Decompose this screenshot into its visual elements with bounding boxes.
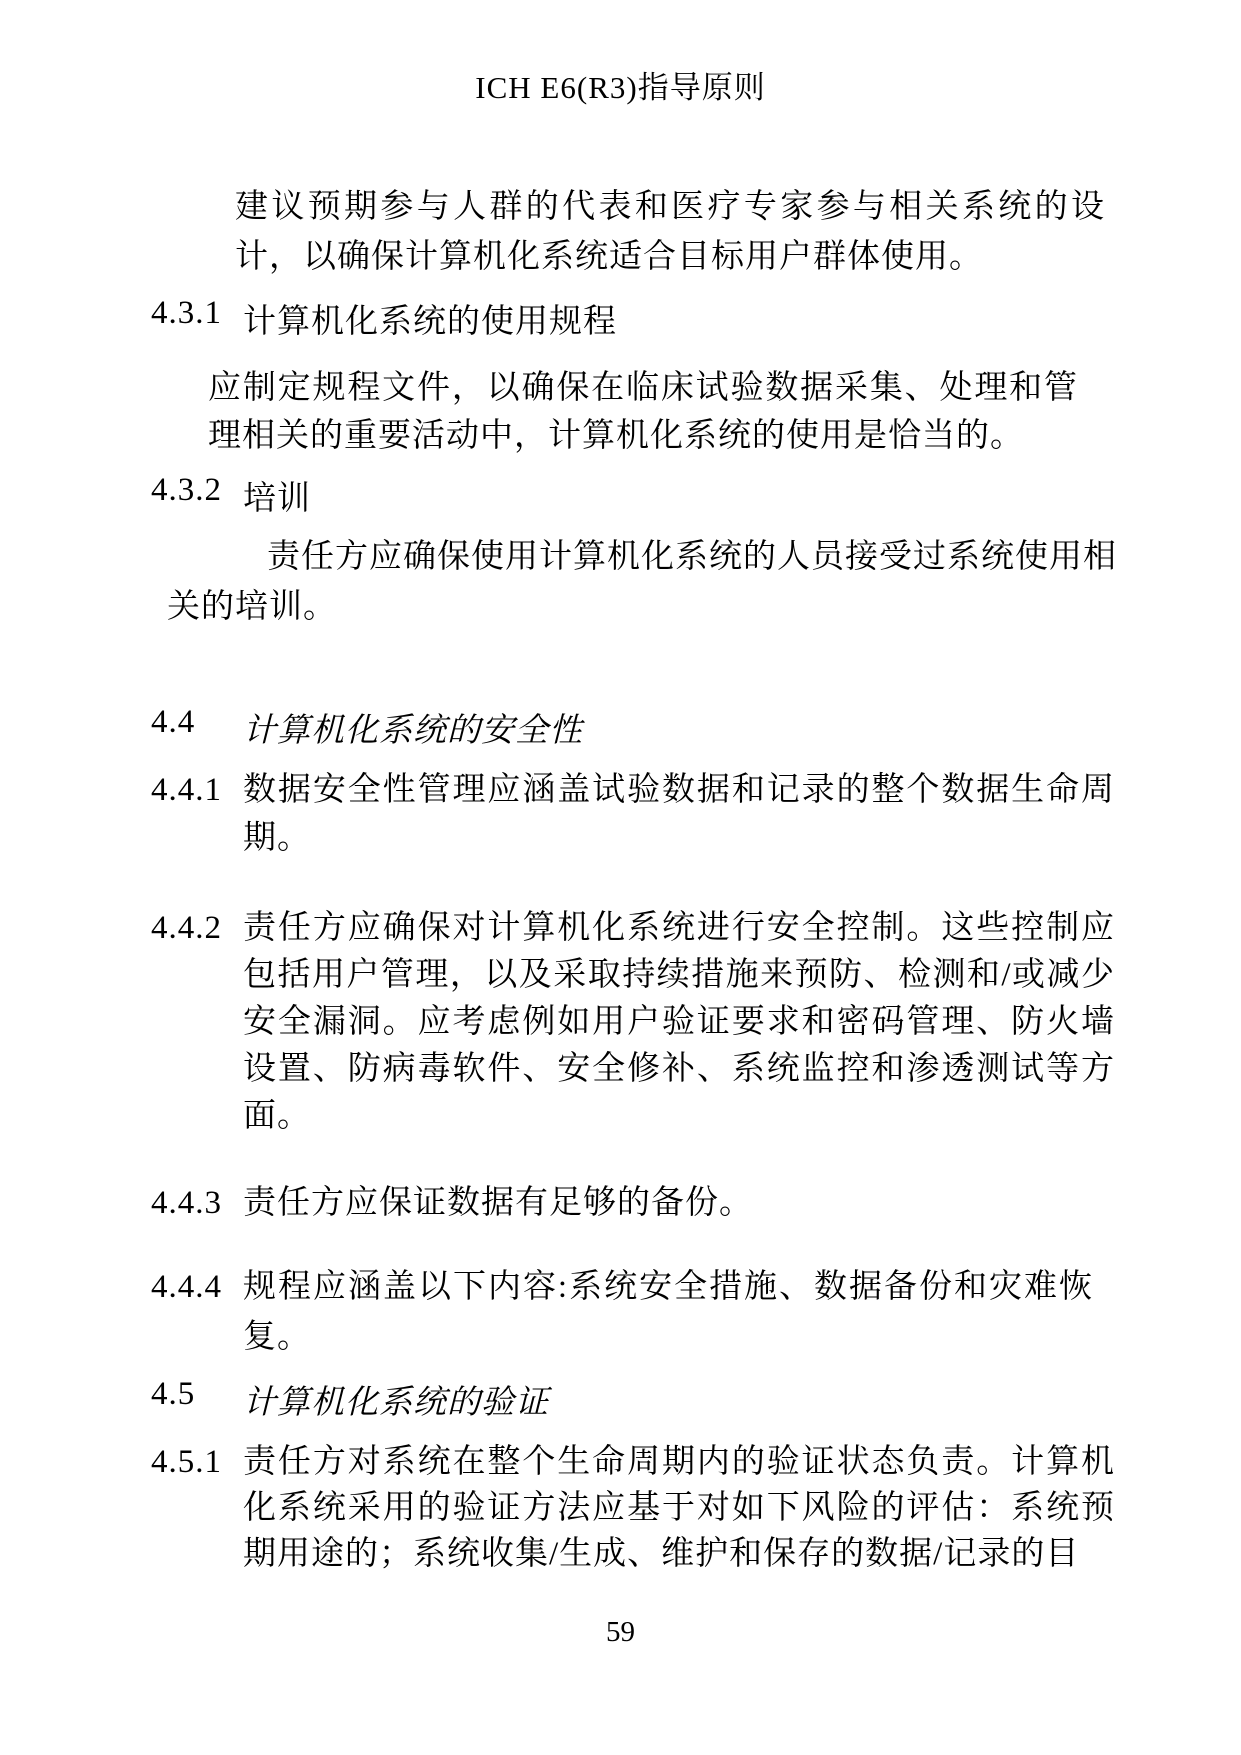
clause-4-4-2: 4.4.2 责任方应确保对计算机化系统进行安全控制。这些控制应包括用户管理，以及… <box>151 905 1115 1140</box>
section-number: 4.5 <box>151 1376 243 1413</box>
section-heading-4-3-1: 4.3.1计算机化系统的使用规程 <box>151 295 617 342</box>
section-title: 培训 <box>243 481 311 517</box>
page-number: 59 <box>0 1616 1241 1649</box>
document-page: ICH E6(R3)指导原则 建议预期参与人群的代表和医疗专家参与相关系统的设计… <box>0 0 1241 1755</box>
section-title: 计算机化系统的使用规程 <box>243 304 617 340</box>
section-number: 4.4 <box>151 704 243 741</box>
section-number: 4.3.2 <box>151 472 243 509</box>
clause-text: 责任方应确保对计算机化系统进行安全控制。这些控制应包括用户管理，以及采取持续措施… <box>243 905 1115 1140</box>
clause-text: 数据安全性管理应涵盖试验数据和记录的整个数据生命周期。 <box>243 766 1115 862</box>
clause-number: 4.4.2 <box>151 905 222 952</box>
clause-text: 责任方应保证数据有足够的备份。 <box>243 1179 1115 1227</box>
clause-number: 4.4.4 <box>151 1262 222 1312</box>
paragraph-4-3-2: 责任方应确保使用计算机化系统的人员接受过系统使用相关的培训。 <box>167 532 1117 632</box>
clause-4-4-1: 4.4.1 数据安全性管理应涵盖试验数据和记录的整个数据生命周期。 <box>151 766 1115 862</box>
section-heading-4-5: 4.5计算机化系统的验证 <box>151 1376 549 1423</box>
clause-4-4-4: 4.4.4 规程应涵盖以下内容:系统安全措施、数据备份和灾难恢复。 <box>151 1262 1093 1362</box>
intro-paragraph: 建议预期参与人群的代表和医疗专家参与相关系统的设计，以确保计算机化系统适合目标用… <box>235 182 1105 282</box>
running-header: ICH E6(R3)指导原则 <box>0 62 1241 107</box>
clause-number: 4.4.3 <box>151 1179 222 1227</box>
clause-number: 4.4.1 <box>151 766 222 814</box>
paragraph-4-3-1: 应制定规程文件，以确保在临床试验数据采集、处理和管理相关的重要活动中，计算机化系… <box>208 364 1078 460</box>
section-heading-4-3-2: 4.3.2培训 <box>151 472 311 519</box>
section-title: 计算机化系统的验证 <box>243 1385 549 1421</box>
clause-text: 责任方对系统在整个生命周期内的验证状态负责。计算机化系统采用的验证方法应基于对如… <box>243 1439 1115 1577</box>
clause-text: 规程应涵盖以下内容:系统安全措施、数据备份和灾难恢复。 <box>243 1262 1093 1362</box>
clause-4-4-3: 4.4.3 责任方应保证数据有足够的备份。 <box>151 1179 1115 1227</box>
clause-number: 4.5.1 <box>151 1439 222 1485</box>
section-title: 计算机化系统的安全性 <box>243 713 583 749</box>
section-heading-4-4: 4.4计算机化系统的安全性 <box>151 704 583 751</box>
section-number: 4.3.1 <box>151 295 243 332</box>
clause-4-5-1: 4.5.1 责任方对系统在整个生命周期内的验证状态负责。计算机化系统采用的验证方… <box>151 1439 1115 1577</box>
